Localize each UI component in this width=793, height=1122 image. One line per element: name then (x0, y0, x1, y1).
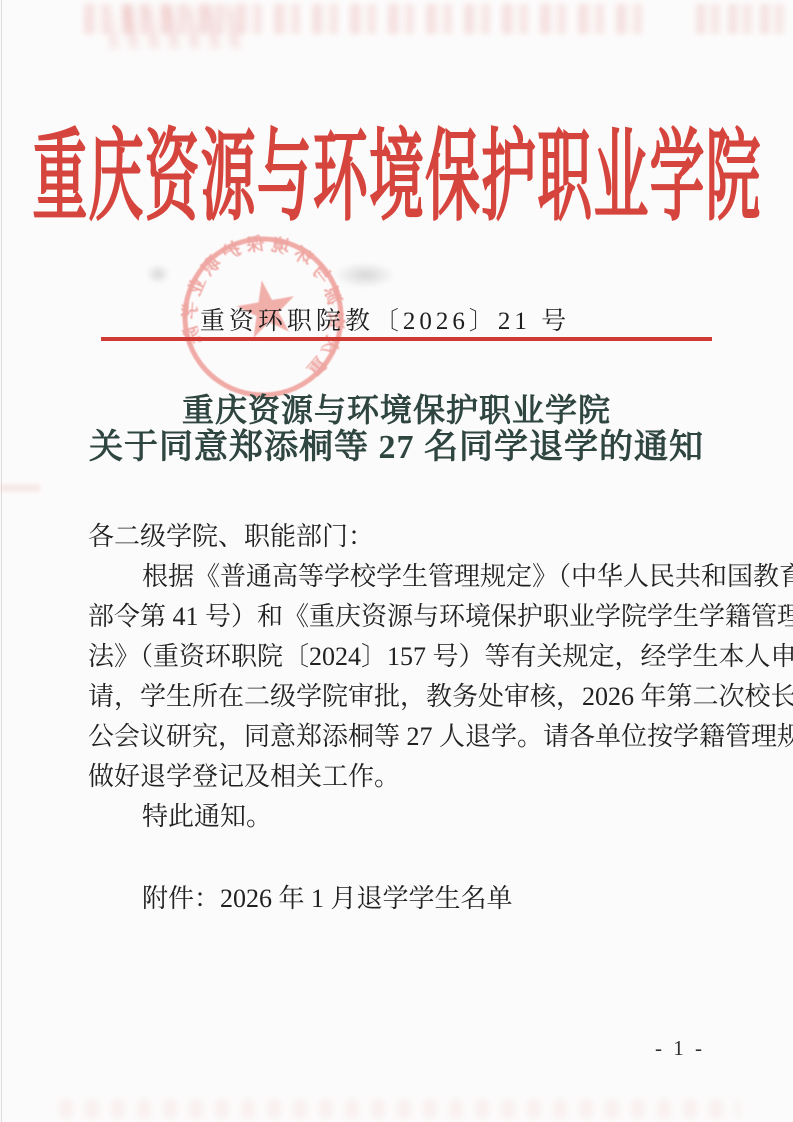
bleedthrough-top-right (696, 4, 791, 34)
scanned-notice-page: 重庆资源与环境保护职业学院 重庆资源与环境保护职业学院 重资环职院教〔2026〕… (0, 0, 793, 1122)
letterhead-title: 重庆资源与环境保护职业学院 (32, 126, 761, 230)
bleedthrough-top-left (110, 6, 240, 48)
document-number: 重资环职院教〔2026〕21 号 (0, 301, 770, 337)
body-line: 请，学生所在二级学院审批，教务处审核，2026 年第二次校长办 (88, 677, 716, 717)
notice-body: 各二级学院、职能部门： 根据《普通高等学校学生管理规定》（中华人民共和国教育 部… (88, 517, 716, 919)
notice-title: 重庆资源与环境保护职业学院 关于同意郑添桐等 27 名同学退学的通知 (0, 392, 793, 466)
bleedthrough-bottom (60, 1100, 740, 1118)
bleedthrough-top (84, 4, 644, 34)
notice-title-line1: 重庆资源与环境保护职业学院 (0, 392, 793, 429)
body-line: 根据《普通高等学校学生管理规定》（中华人民共和国教育 (88, 557, 716, 597)
notice-title-line2: 关于同意郑添桐等 27 名同学退学的通知 (0, 429, 793, 466)
body-salutation: 各二级学院、职能部门： (88, 517, 716, 557)
red-divider-line (101, 337, 712, 341)
scan-edge-line (1, 0, 2, 1122)
body-line: 法》（重资环职院〔2024〕157 号）等有关规定，经学生本人申 (88, 637, 716, 677)
page-number: - 1 - (640, 1036, 720, 1061)
attachment-line: 附件：2026 年 1 月退学学生名单 (88, 879, 716, 919)
body-line: 做好退学登记及相关工作。 (88, 757, 716, 797)
body-line: 公会议研究，同意郑添桐等 27 人退学。请各单位按学籍管理规定 (88, 717, 716, 757)
body-closing: 特此通知。 (88, 797, 716, 837)
body-line: 部令第 41 号）和《重庆资源与环境保护职业学院学生学籍管理办 (88, 597, 716, 637)
bleedthrough-left-mid (0, 484, 40, 492)
bleedthrough-gray-mark (146, 264, 170, 284)
